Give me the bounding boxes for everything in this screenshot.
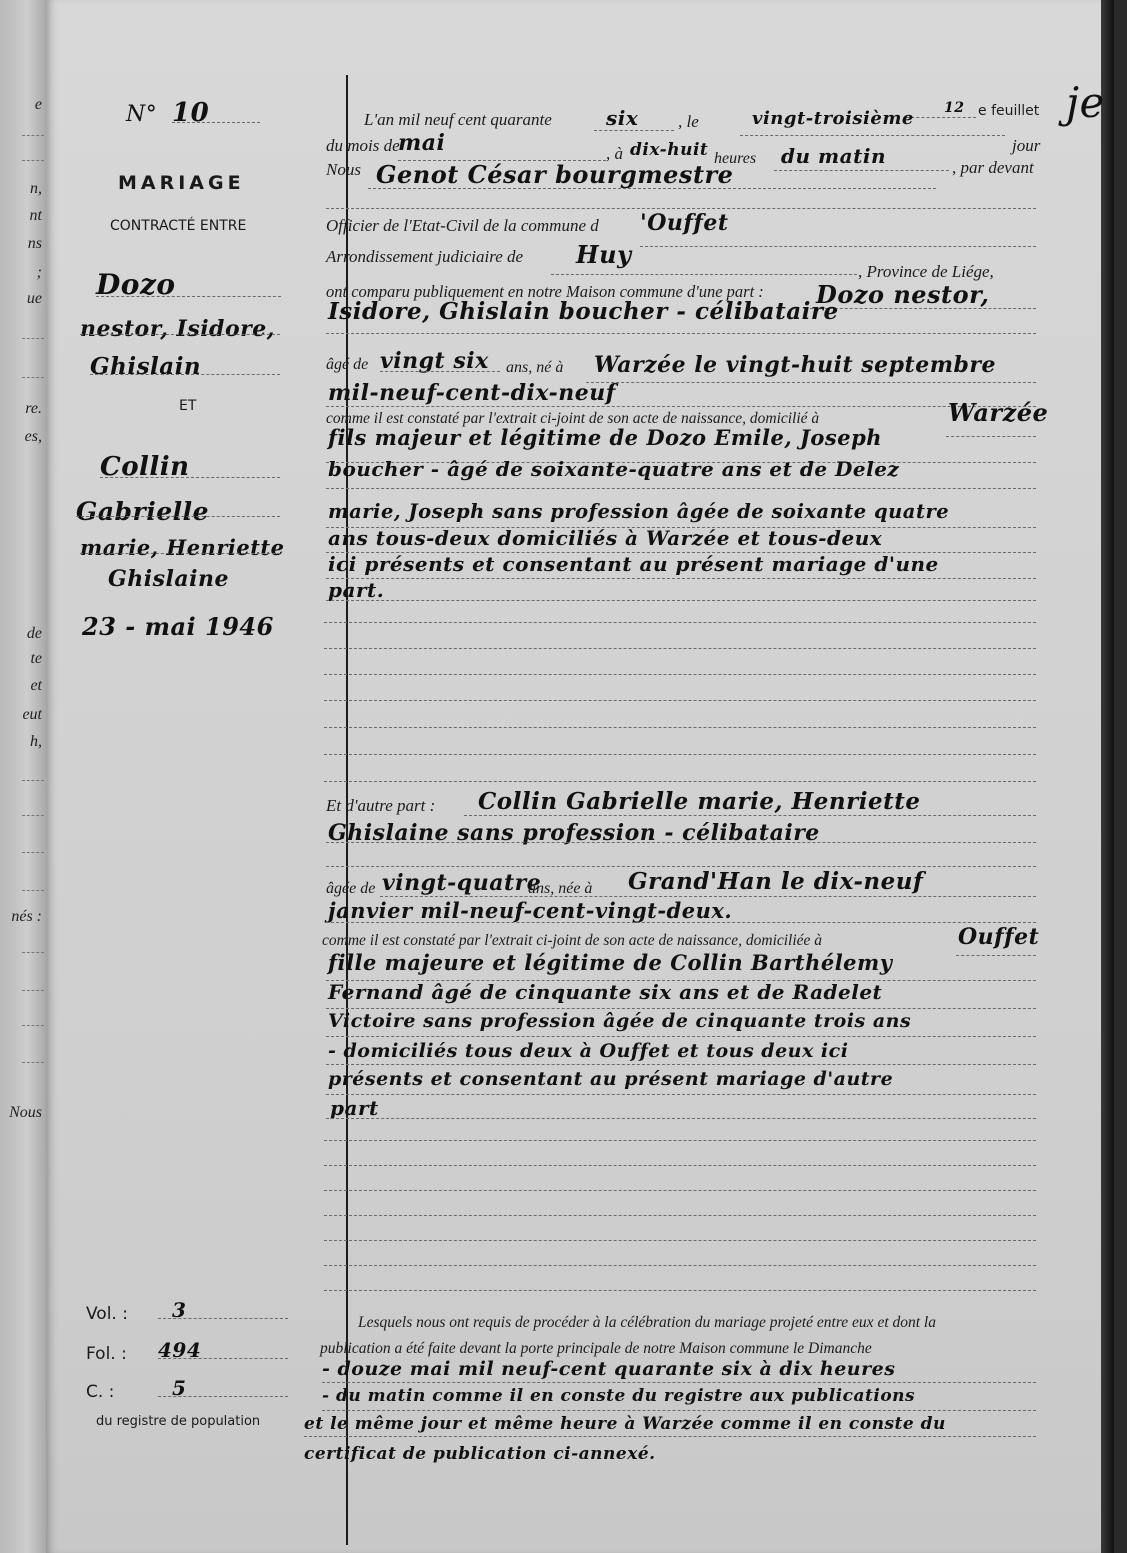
year-prefix: L'an mil neuf cent quarante: [364, 110, 552, 130]
rule: [740, 135, 1005, 136]
margin-fragment: re.: [25, 400, 42, 418]
rule: [324, 648, 1036, 649]
rule: [322, 1410, 1036, 1411]
groom-name-value-1: Dozo nestor,: [816, 280, 989, 309]
rule: [324, 1190, 1036, 1191]
rule: [326, 333, 1036, 334]
margin-fragment: h,: [30, 733, 42, 751]
par-devant-text: , par devant: [952, 158, 1034, 178]
commune-prefix: Officier de l'Etat-Civil de la commune d: [326, 216, 599, 236]
rule: [380, 371, 500, 372]
number-underline: [172, 122, 260, 123]
rule: [774, 170, 949, 171]
bride-parents-line: part: [330, 1096, 379, 1120]
commune-value: 'Ouffet: [640, 210, 728, 236]
bride-birth-value-2: janvier mil-neuf-cent-vingt-deux.: [328, 898, 732, 923]
rule: [76, 516, 280, 517]
rule: [80, 553, 280, 554]
rule: [158, 1358, 288, 1359]
publication-handwritten-line: certificat de publication ci-annexé.: [304, 1444, 656, 1464]
groom-parents-line: ans tous-deux domiciliés à Warzée et tou…: [328, 526, 882, 550]
rule: [368, 188, 936, 189]
feuillet-number: 12: [944, 100, 964, 116]
publication-printed-2: publication a été faite devant la porte …: [320, 1340, 872, 1358]
margin-dash: [22, 815, 44, 816]
rule: [326, 208, 1036, 209]
bride-age-prefix: âgée de: [326, 880, 375, 898]
rule: [810, 308, 1036, 309]
margin-fragment: n,: [30, 180, 42, 198]
rule: [326, 842, 1036, 843]
rule: [906, 117, 976, 118]
margin-dash: [22, 160, 44, 161]
le-text: , le: [678, 112, 699, 132]
rule: [324, 1215, 1036, 1216]
margin-fragment: ;: [37, 264, 42, 282]
publication-handwritten-line: - douze mai mil neuf-cent quarante six à…: [322, 1358, 895, 1380]
margin-dash: [22, 890, 44, 891]
rule: [326, 1008, 1036, 1009]
rule: [90, 374, 280, 375]
margin-fragment: te: [30, 650, 42, 668]
nous-text: Nous: [326, 160, 361, 180]
officer-value: Genot César bourgmestre: [376, 160, 733, 189]
rule: [551, 274, 857, 275]
province-text: , Province de Liége,: [858, 262, 994, 282]
register-page: je N° 10 MARIAGE CONTRACTÉ ENTRE Dozo ne…: [46, 0, 1114, 1553]
margin-fragment: ue: [27, 290, 42, 308]
previous-page-edge: e n, nt ns ; ue re. es, de te et eut h, …: [0, 0, 46, 1553]
rule: [324, 781, 1036, 782]
fol-label: Fol. :: [86, 1344, 127, 1364]
margin-fragment: nés :: [11, 908, 42, 926]
margin-dash: [22, 852, 44, 853]
rule: [464, 815, 1036, 816]
bride-parents-line: - domiciliés tous deux à Ouffet et tous …: [328, 1040, 848, 1062]
publication-handwritten-line: - du matin comme il en conste du registr…: [322, 1386, 915, 1406]
rule: [326, 922, 1036, 923]
groom-ans-ne: ans, né à: [506, 359, 563, 377]
page-edge: [1101, 0, 1114, 1553]
bride-age-value: vingt-quatre: [382, 870, 541, 896]
feuillet-label: e feuillet: [978, 103, 1039, 119]
publication-handwritten-line: et le même jour et même heure à Warzée c…: [304, 1414, 946, 1434]
margin-fragment: eut: [22, 706, 42, 724]
rule: [80, 334, 280, 335]
margin-fragment: ns: [28, 235, 42, 253]
margin-dash: [22, 135, 44, 136]
rule: [594, 130, 674, 131]
rule: [324, 1265, 1036, 1266]
arrondissement-prefix: Arrondissement judiciaire de: [326, 247, 523, 267]
rule: [946, 436, 1036, 437]
rule: [326, 1094, 1036, 1095]
rule: [326, 1118, 1036, 1119]
rule: [326, 1064, 1036, 1065]
bride-parents-line: présents et consentant au présent mariag…: [328, 1068, 893, 1090]
act-number: 10: [172, 98, 209, 128]
rule: [326, 488, 1036, 489]
rule: [380, 896, 1036, 897]
rule: [324, 700, 1036, 701]
rule: [324, 727, 1036, 728]
bride-name-value-1: Collin Gabrielle marie, Henriette: [478, 788, 921, 815]
document-subtitle: CONTRACTÉ ENTRE: [110, 218, 246, 234]
rule: [100, 477, 280, 478]
bride-given-names-3: Ghislaine: [108, 566, 229, 592]
corner-initial: je: [1066, 78, 1105, 127]
bride-domicile-value: Ouffet: [958, 924, 1039, 950]
groom-parents-line: marie, Joseph sans profession âgée de so…: [328, 500, 949, 523]
rule: [326, 1036, 1036, 1037]
margin-fragment: de: [27, 625, 42, 643]
margin-dash: [22, 780, 44, 781]
groom-parents-line: part.: [328, 578, 384, 602]
publication-printed-1: Lesquels nous ont requis de procéder à l…: [358, 1314, 936, 1332]
rule: [322, 1382, 1036, 1383]
bride-given-names-1: Gabrielle: [76, 497, 209, 526]
groom-given-names-2: Ghislain: [90, 353, 201, 380]
marriage-date: 23 - mai 1946: [82, 612, 274, 641]
number-label: N°: [126, 102, 157, 127]
groom-parents-line: fils majeur et légitime de Dozo Emile, J…: [328, 425, 882, 450]
rule: [324, 1165, 1036, 1166]
rule: [324, 1140, 1036, 1141]
rule: [586, 382, 1036, 383]
groom-parents-line: ici présents et consentant au présent ma…: [328, 552, 939, 576]
bride-constate-prefix: comme il est constaté par l'extrait ci-j…: [322, 932, 822, 950]
margin-dash: [22, 1025, 44, 1026]
rule: [324, 674, 1036, 675]
rule: [96, 296, 281, 297]
margin-fragment: Nous: [9, 1104, 42, 1122]
groom-domicile-value: Warzée: [948, 398, 1048, 427]
bride-birth-value-1: Grand'Han le dix-neuf: [628, 868, 923, 895]
autre-part-text: Et d'autre part :: [326, 796, 435, 816]
rule: [158, 1318, 288, 1319]
rule: [324, 1240, 1036, 1241]
bride-parents-line: fille majeure et légitime de Collin Bart…: [328, 950, 892, 975]
rule: [640, 246, 1036, 247]
conjunction-et: ET: [179, 398, 196, 414]
time-value: du matin: [781, 144, 886, 168]
groom-name-value-2: Isidore, Ghislain boucher - célibataire: [328, 298, 839, 325]
margin-dash: [22, 990, 44, 991]
margin-fragment: et: [30, 677, 42, 695]
margin-dash: [22, 377, 44, 378]
groom-age-prefix: âgé de: [326, 356, 368, 374]
bride-given-names-2: marie, Henriette: [80, 535, 285, 560]
arrondissement-value: Huy: [576, 240, 632, 269]
groom-given-names-1: nestor, Isidore,: [80, 316, 275, 342]
c-label: C. :: [86, 1382, 114, 1402]
hour-value: dix-huit: [630, 140, 708, 160]
jour-text: jour: [1012, 136, 1040, 156]
margin-dash: [22, 338, 44, 339]
groom-birth-value-1: Warzée le vingt-huit septembre: [594, 352, 996, 378]
rule: [956, 955, 1036, 956]
rule: [324, 1290, 1036, 1291]
month-prefix: du mois de: [326, 136, 400, 156]
margin-fragment: nt: [30, 207, 42, 225]
groom-parents-line: boucher - âgé de soixante-quatre ans et …: [328, 457, 899, 481]
vol-label: Vol. :: [86, 1304, 128, 1324]
margin-fragment: e: [35, 96, 42, 114]
registry-footer: du registre de population: [96, 1414, 260, 1429]
margin-dash: [22, 952, 44, 953]
rule: [304, 1436, 1036, 1437]
day-value: vingt-troisième: [752, 108, 914, 129]
rule: [158, 1396, 288, 1397]
rule: [326, 406, 1036, 407]
bride-parents-line: Fernand âgé de cinquante six ans et de R…: [328, 980, 882, 1004]
bride-parents-line: Victoire sans profession âgée de cinquan…: [328, 1010, 911, 1032]
groom-birth-value-2: mil-neuf-cent-dix-neuf: [328, 380, 616, 406]
rule: [326, 578, 1036, 579]
margin-fragment: es,: [25, 428, 42, 446]
rule: [326, 600, 1036, 601]
rule: [324, 754, 1036, 755]
rule: [326, 866, 1036, 867]
month-value: mai: [398, 130, 445, 156]
year-value: six: [606, 106, 638, 130]
margin-dash: [22, 1062, 44, 1063]
rule: [324, 622, 1036, 623]
document-title: MARIAGE: [118, 172, 245, 194]
